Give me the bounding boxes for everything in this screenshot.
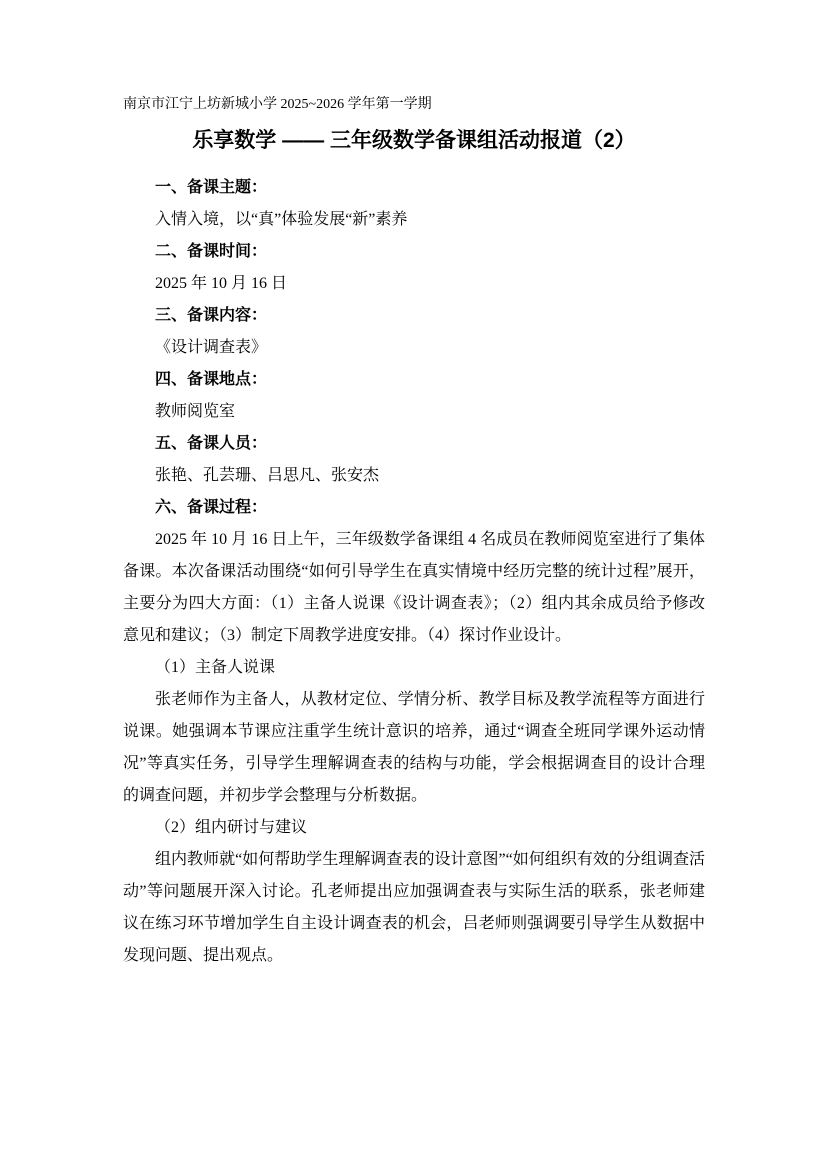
section-value-topic: 入情入境，以“真”体验发展“新”素养	[123, 204, 705, 236]
section-value-content: 《设计调查表》	[123, 332, 705, 364]
section-heading-time: 二、备课时间：	[123, 236, 705, 268]
section-value-time: 2025 年 10 月 16 日	[123, 268, 705, 300]
section-heading-location: 四、备课地点：	[123, 364, 705, 396]
section-heading-topic: 一、备课主题：	[123, 172, 705, 204]
section-value-location: 教师阅览室	[123, 396, 705, 428]
process-intro-paragraph: 2025 年 10 月 16 日上午，三年级数学备课组 4 名成员在教师阅览室进…	[123, 524, 705, 652]
process-item-2-subheading: （2）组内研讨与建议	[123, 812, 705, 844]
process-item-2-paragraph: 组内教师就“如何帮助学生理解调查表的设计意图”“如何组织有效的分组调查活动”等问…	[123, 844, 705, 972]
document-page: 南京市江宁上坊新城小学 2025~2026 学年第一学期 乐享数学 —— 三年级…	[0, 0, 827, 1170]
doc-title: 乐享数学 —— 三年级数学备课组活动报道（2）	[123, 128, 705, 153]
section-value-members: 张艳、孔芸珊、吕思凡、张安杰	[123, 460, 705, 492]
section-heading-members: 五、备课人员：	[123, 428, 705, 460]
section-heading-process: 六、备课过程：	[123, 492, 705, 524]
doc-header: 南京市江宁上坊新城小学 2025~2026 学年第一学期	[123, 97, 705, 112]
process-item-1-subheading: （1）主备人说课	[123, 652, 705, 684]
doc-body: 一、备课主题： 入情入境，以“真”体验发展“新”素养 二、备课时间： 2025 …	[123, 172, 705, 972]
section-heading-content: 三、备课内容：	[123, 300, 705, 332]
process-item-1-paragraph: 张老师作为主备人，从教材定位、学情分析、教学目标及教学流程等方面进行说课。她强调…	[123, 684, 705, 812]
